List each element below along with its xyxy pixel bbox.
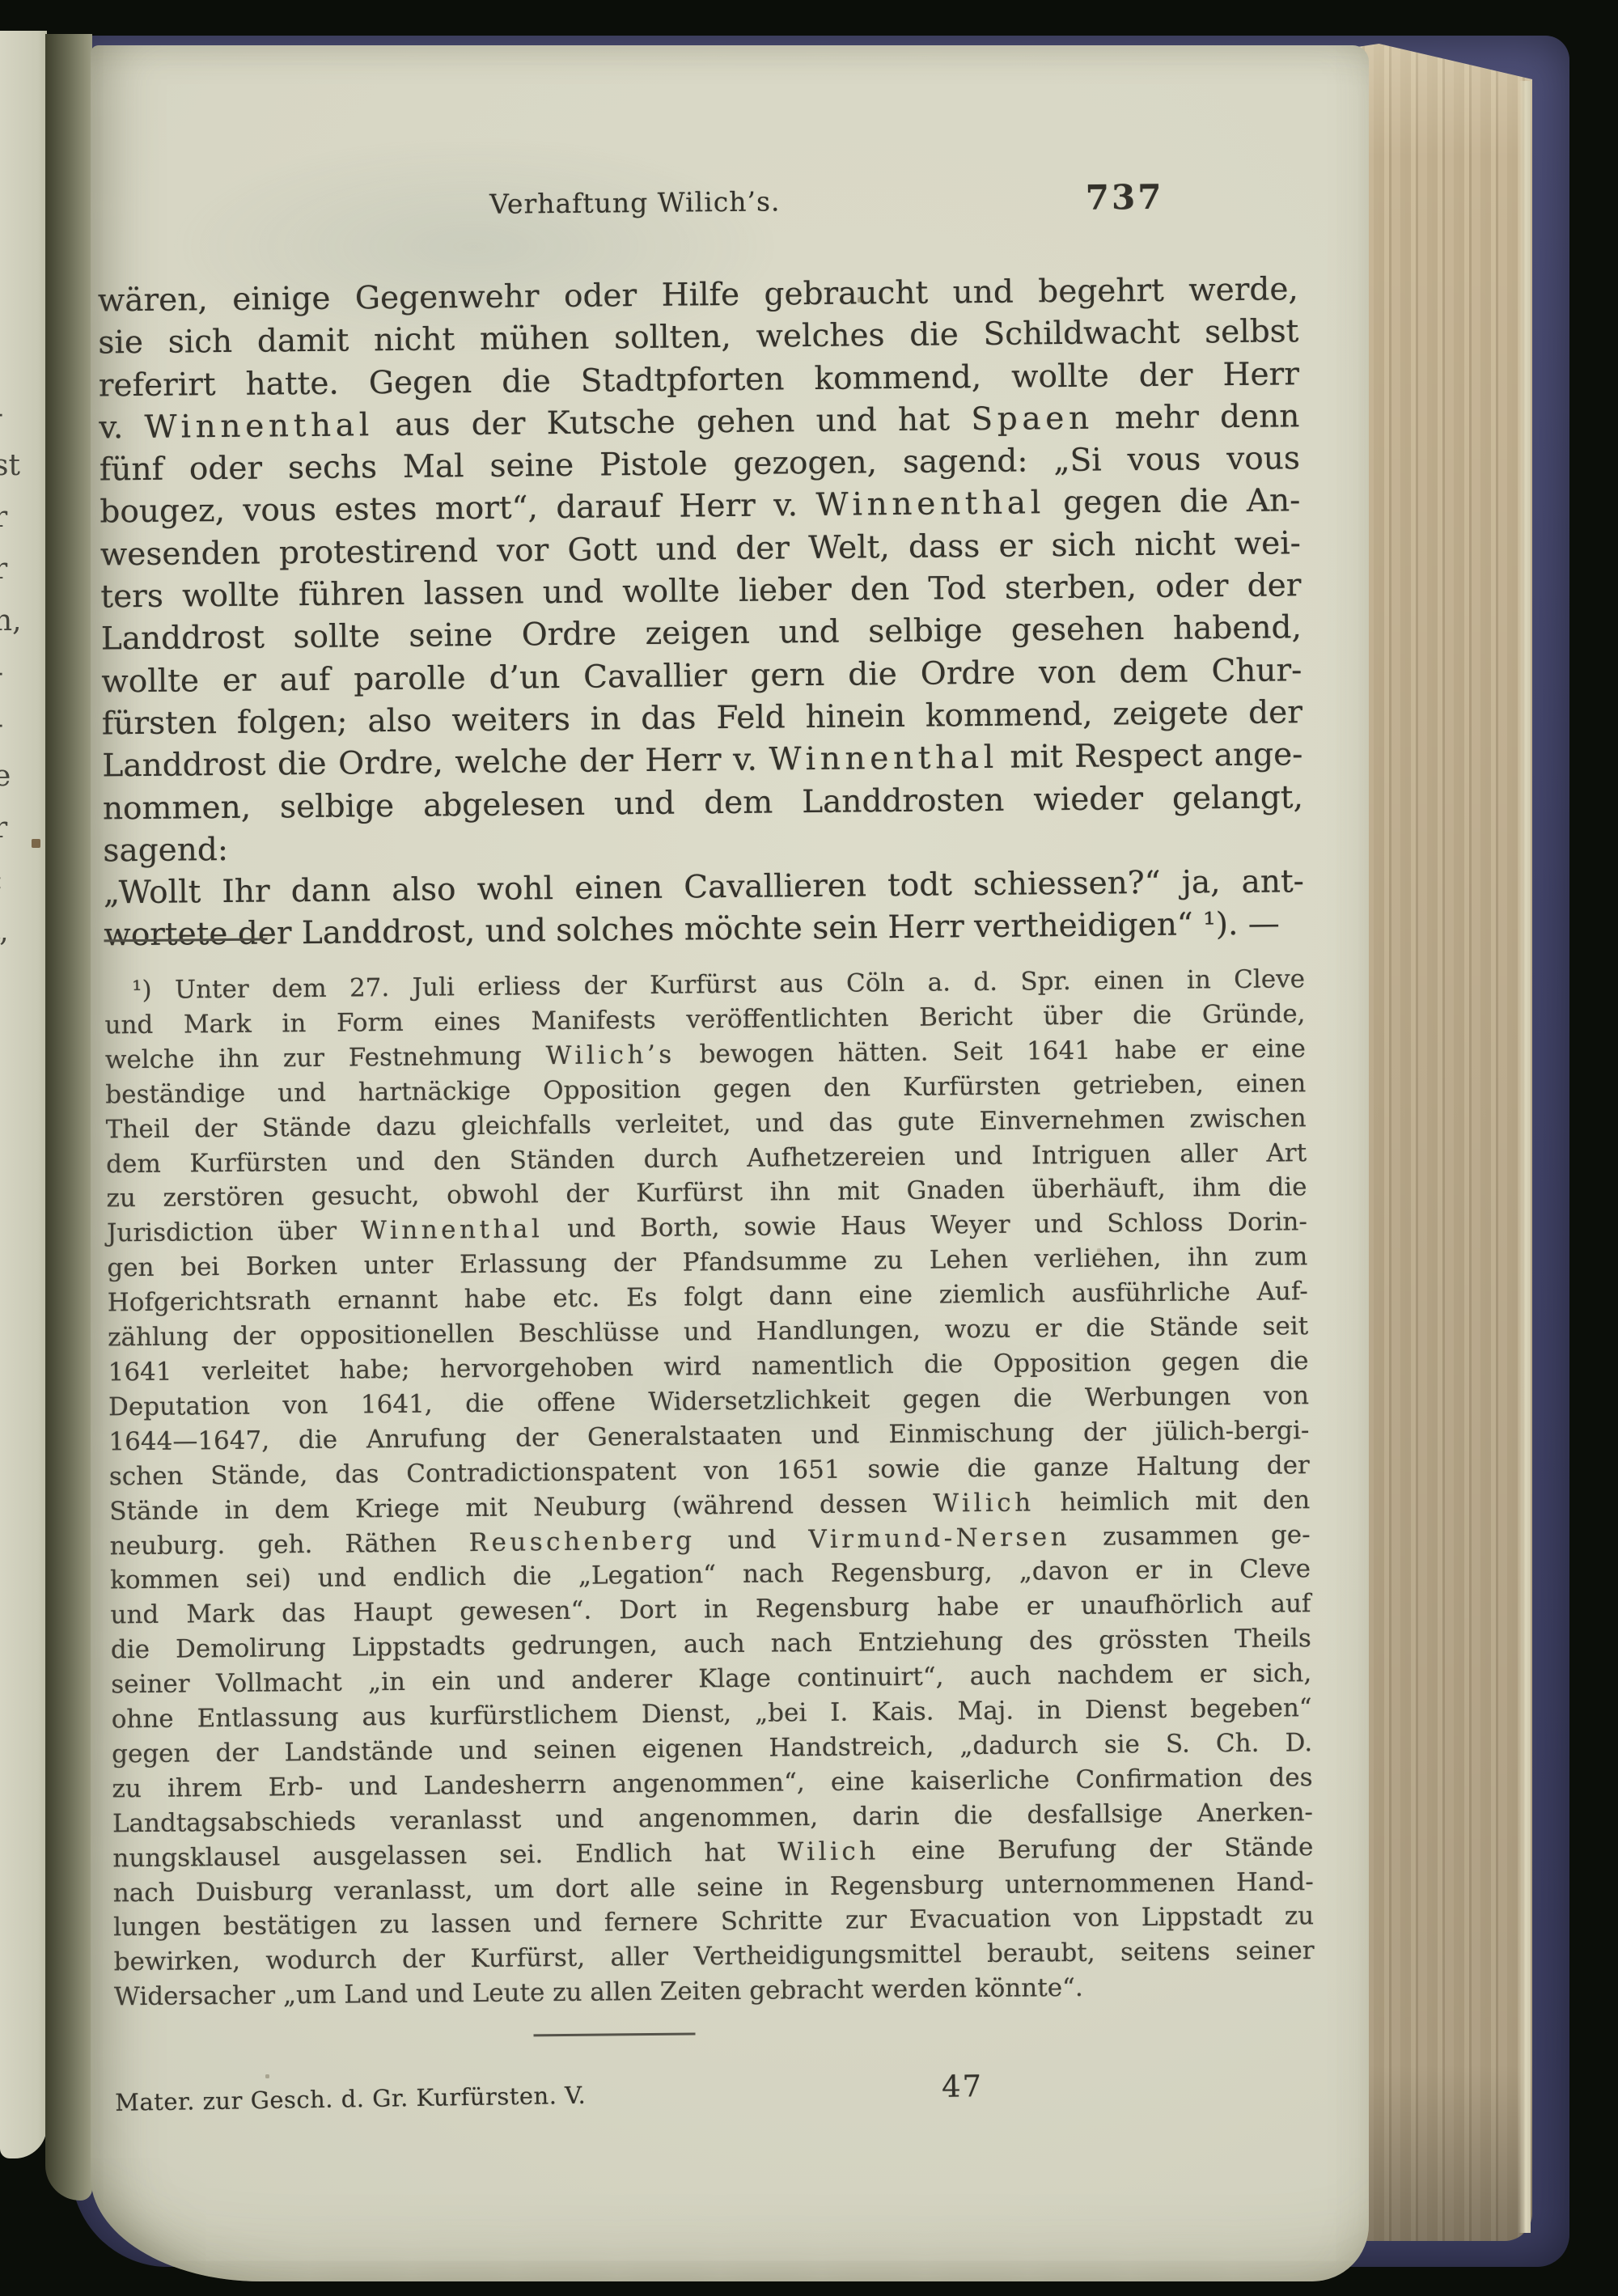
margin-fragment: „	[0, 906, 47, 958]
page-number: 737	[1086, 177, 1164, 218]
running-title: Verhaftung Wilich’s.	[97, 182, 1173, 224]
margin-fragment: r	[0, 803, 47, 854]
series-signature-title: Mater. zur Gesch. d. Gr. Kurfürsten. V.	[115, 2082, 587, 2116]
paper-specks	[0, 0, 1, 1]
margin-fragment: r	[0, 492, 47, 544]
facing-page-edge: -strrn,--er:„,	[0, 31, 47, 2158]
margin-fragment: st	[0, 440, 47, 492]
facing-page-fragments: -strrn,--er:„,	[0, 233, 47, 1010]
running-head: Verhaftung Wilich’s. 737	[97, 177, 1298, 229]
page-footer: Mater. zur Gesch. d. Gr. Kurfürsten. V. …	[115, 2070, 1316, 2137]
footnote-block: ¹) Unter dem 27. Juli erliess der Kurfür…	[104, 962, 1315, 2014]
margin-fragment: n,	[0, 595, 47, 647]
margin-fragment: :	[0, 854, 47, 906]
book-page: Verhaftung Wilich’s. 737 wären, einige G…	[91, 45, 1369, 2281]
margin-fragment: -	[0, 699, 47, 751]
margin-fragment: -	[0, 647, 47, 699]
margin-fragment: -	[0, 388, 47, 440]
main-text-block: wären, einige Gegenwehr oder Hilfe gebra…	[98, 269, 1305, 957]
margin-fragment: ,	[0, 958, 47, 1010]
text-line: nommen, selbige abgelesen und dem Landdr…	[103, 777, 1304, 873]
sheet-signature-number: 47	[942, 2069, 984, 2104]
book-scan: -strrn,--er:„, Verhaftung Wilich’s. 737 …	[0, 0, 1618, 2296]
margin-fragment: e	[0, 751, 47, 803]
section-end-rule	[534, 2032, 696, 2036]
page-content: Verhaftung Wilich’s. 737 wären, einige G…	[83, 39, 1382, 2287]
margin-fragment: r	[0, 544, 47, 595]
